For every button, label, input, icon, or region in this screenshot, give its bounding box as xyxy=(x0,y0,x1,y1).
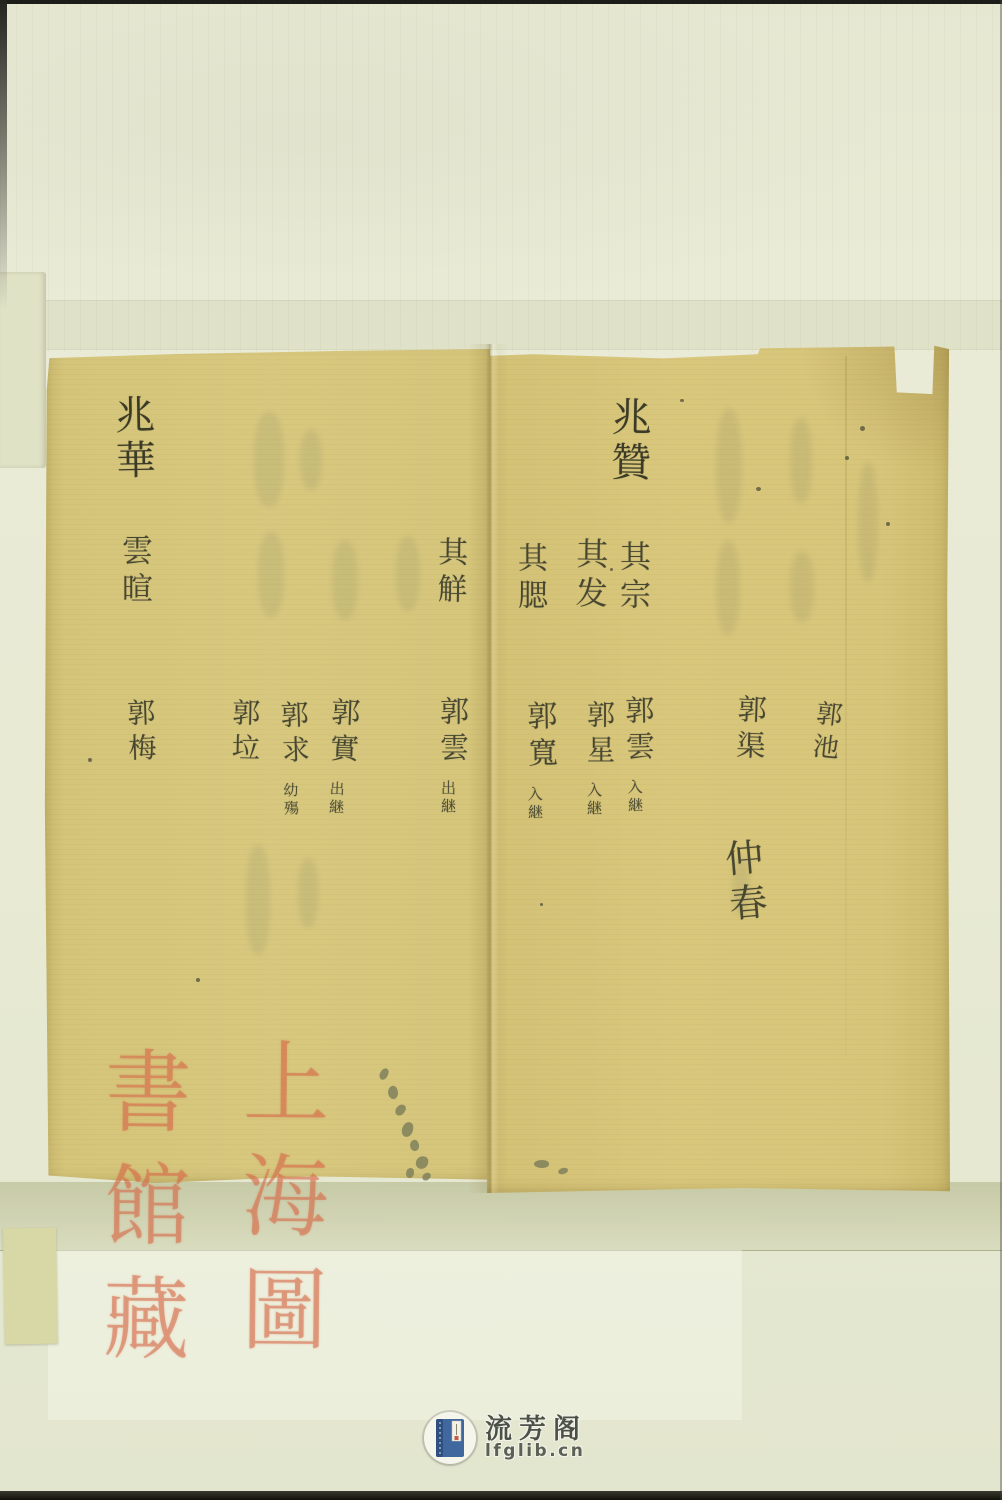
entry-name: 郭寬 xyxy=(521,700,557,775)
entry-note: 入継 xyxy=(627,779,643,815)
scanned-genealogy-spread: 兆贊 郭池 郭渠 仲春 其宗 郭雲入継 其发 郭星入継 其腮 郭寬入継 兆華 其… xyxy=(0,0,1002,1500)
entry-name: 郭星 xyxy=(583,700,616,770)
seal-char: 藏 xyxy=(103,1275,190,1366)
watermark-site-name: 流芳阁 xyxy=(485,1416,587,1444)
scan-edge-top xyxy=(0,0,1002,4)
entry-name: 郭求 xyxy=(276,699,311,770)
entry-name: 郭實 xyxy=(325,696,361,769)
seal-char: 圖 xyxy=(241,1266,328,1357)
entry-guo-yun-adopted-out: 郭雲出継 xyxy=(438,696,467,804)
entry-guo-xing-adopted-in: 郭星入継 xyxy=(585,700,613,806)
corner-stain xyxy=(800,344,950,474)
entry-qi-xie: 其觧 xyxy=(433,536,464,611)
entry-note: 出継 xyxy=(328,781,344,818)
entry-zhao-zan: 兆贊 xyxy=(607,396,649,487)
paper-tab-bottom-left xyxy=(3,1228,58,1345)
entry-name: 郭雲 xyxy=(436,696,470,768)
entry-guo-mei: 郭梅 xyxy=(125,698,155,769)
classic-stitched-book-icon xyxy=(435,1418,465,1458)
scan-edge-bottom xyxy=(0,1491,1002,1500)
entry-zhao-hua: 兆華 xyxy=(111,394,153,485)
entry-note: 入継 xyxy=(527,786,543,822)
vertical-crease xyxy=(845,356,847,1056)
entry-guo-la: 郭垃 xyxy=(229,698,258,768)
entry-name: 郭雲 xyxy=(621,695,656,768)
watermark-site-url: lfglib.cn xyxy=(485,1443,587,1460)
entry-yun-xuan: 雲暄 xyxy=(118,534,149,610)
entry-note: 出継 xyxy=(440,780,455,816)
scan-edge-left xyxy=(0,0,7,310)
entry-qi-sai: 其腮 xyxy=(514,542,544,616)
watermark-text: 流芳阁 lfglib.cn xyxy=(485,1416,587,1461)
entry-guo-kuan-adopted-in: 郭寬入継 xyxy=(523,700,555,811)
entry-note: 入継 xyxy=(586,782,601,818)
entry-zhong-chun: 仲春 xyxy=(720,837,766,930)
entry-guo-yun-adopted-in: 郭雲入継 xyxy=(623,695,654,803)
entry-qi-zong: 其宗 xyxy=(616,540,647,616)
backing-light-panel xyxy=(48,1250,742,1420)
paper-streak-texture xyxy=(0,0,1002,352)
entry-note: 幼殤 xyxy=(282,782,298,819)
entry-guo-qiu-died-young: 郭求幼殤 xyxy=(278,700,310,807)
watermark-badge xyxy=(424,1412,476,1464)
backing-tape-strip-top xyxy=(0,300,1002,350)
entry-qi-fa: 其发 xyxy=(573,537,606,616)
entry-guo-chi: 郭池 xyxy=(809,699,842,767)
entry-guo-shi-adopted-out: 郭實出継 xyxy=(326,697,359,806)
site-watermark: 流芳阁 lfglib.cn xyxy=(424,1412,587,1464)
entry-guo-qu: 郭渠 xyxy=(734,694,765,767)
